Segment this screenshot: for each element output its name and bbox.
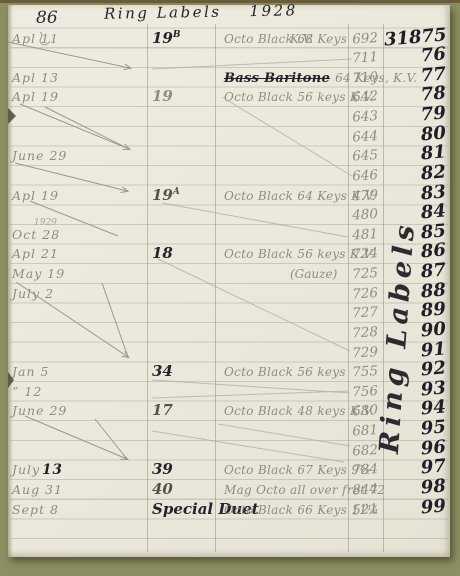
date-cell: Apl 19 [12,188,59,203]
model-cell: 19 [152,87,173,105]
ledger-row: Apl 13Bass Baritone64 Keys, K.V.71077 [0,68,456,88]
catalog-number-cell: 521 [344,501,379,519]
catalog-number-cell: 729 [344,344,379,362]
catalog-number-cell: 724 [344,246,379,264]
date-ink-overwrite: 13 [42,462,63,478]
ledger-row: 64480 [0,127,456,147]
page-number: 86 [36,8,58,28]
catalog-number-cell: 681 [344,422,379,440]
date-cell: Apl 21 [12,246,59,261]
catalog-number-cell: 710 [344,69,379,87]
catalog-number-cell: 726 [344,285,379,303]
model-cell: 19A [152,186,180,204]
model-cell: 17 [152,401,173,419]
title-year: 1928 [249,1,297,20]
catalog-number-cell: 756 [344,383,379,401]
date-cell: June 29 [12,148,67,163]
date-cell: Oct 28 [12,227,60,242]
catalog-number-cell: 755 [344,363,379,381]
struck-text: Bass Baritone [224,71,330,86]
model-cell: 39 [152,460,173,478]
model-superscript: B [173,30,181,40]
date-cell: June 29 [12,403,67,418]
date-cell: Aug 31 [12,482,63,497]
serial-number-cell: 99 [383,495,447,521]
catalog-number-cell: 481 [344,226,379,244]
catalog-number-cell: 480 [344,206,379,224]
ledger-row: 48084 [0,205,456,225]
ledger-row: Sept 8Special DuetOcto Black 66 Keys 11¼… [0,500,456,520]
date-cell: Sept 8 [12,502,59,517]
page-title: Ring Labels1928 [104,1,298,22]
ledger-row: Apl 1919Octo Black 56 keys K.V.64278 [0,87,456,107]
ledger-row: 64379 [0,107,456,127]
date-cell: Apl 13 [12,70,59,85]
catalog-number-cell: 692 [344,30,379,48]
date-cell: July 2 [12,286,54,301]
date-cell: Apl 11 [12,31,59,46]
catalog-number-cell: 643 [344,108,379,126]
catalog-number-cell: 644 [344,128,379,146]
ledger-row: 64682 [0,166,456,186]
date-cell: May 19 [12,266,65,281]
catalog-number-cell: 646 [344,167,379,185]
catalog-number-cell: 727 [344,304,379,322]
scanned-ledger-photo: { "header": { "page_number": "86", "titl… [0,0,460,576]
catalog-number-cell: 642 [344,88,379,106]
description-note: K.V. [290,32,313,46]
catalog-number-cell: 725 [344,265,379,283]
catalog-number-cell: 645 [344,147,379,165]
catalog-number-cell: 680 [344,403,379,421]
catalog-number-cell: 711 [344,49,379,67]
description-note: (Gauze) [290,267,337,281]
year-note: 1929 [34,218,57,228]
date-cell: July13 [12,462,63,478]
catalog-number-cell: 479 [344,187,379,205]
title-text: Ring Labels [104,3,222,23]
description-cell: Octo Black 68 Keys [224,32,347,46]
date-cell: ” 12 [12,384,42,399]
model-cell: 40 [152,480,173,498]
ledger-row: Apl 1919AOcto Black 64 Keys K.V.47983 [0,186,456,206]
ledger-row: 71176 [0,48,456,68]
date-cell: Apl 19 [12,89,59,104]
ledger-row: Apl 1119BOcto Black 68 KeysK.V.69231875 [0,29,456,49]
ledger-row: June 2964581 [0,146,456,166]
model-cell: 19B [152,29,180,47]
catalog-number-cell: 728 [344,324,379,342]
model-cell: 34 [152,362,173,380]
model-superscript: A [173,187,180,197]
model-cell: 18 [152,244,173,262]
description-cell: Octo Black 56 keys [224,365,346,379]
date-cell: Jan 5 [12,364,49,379]
